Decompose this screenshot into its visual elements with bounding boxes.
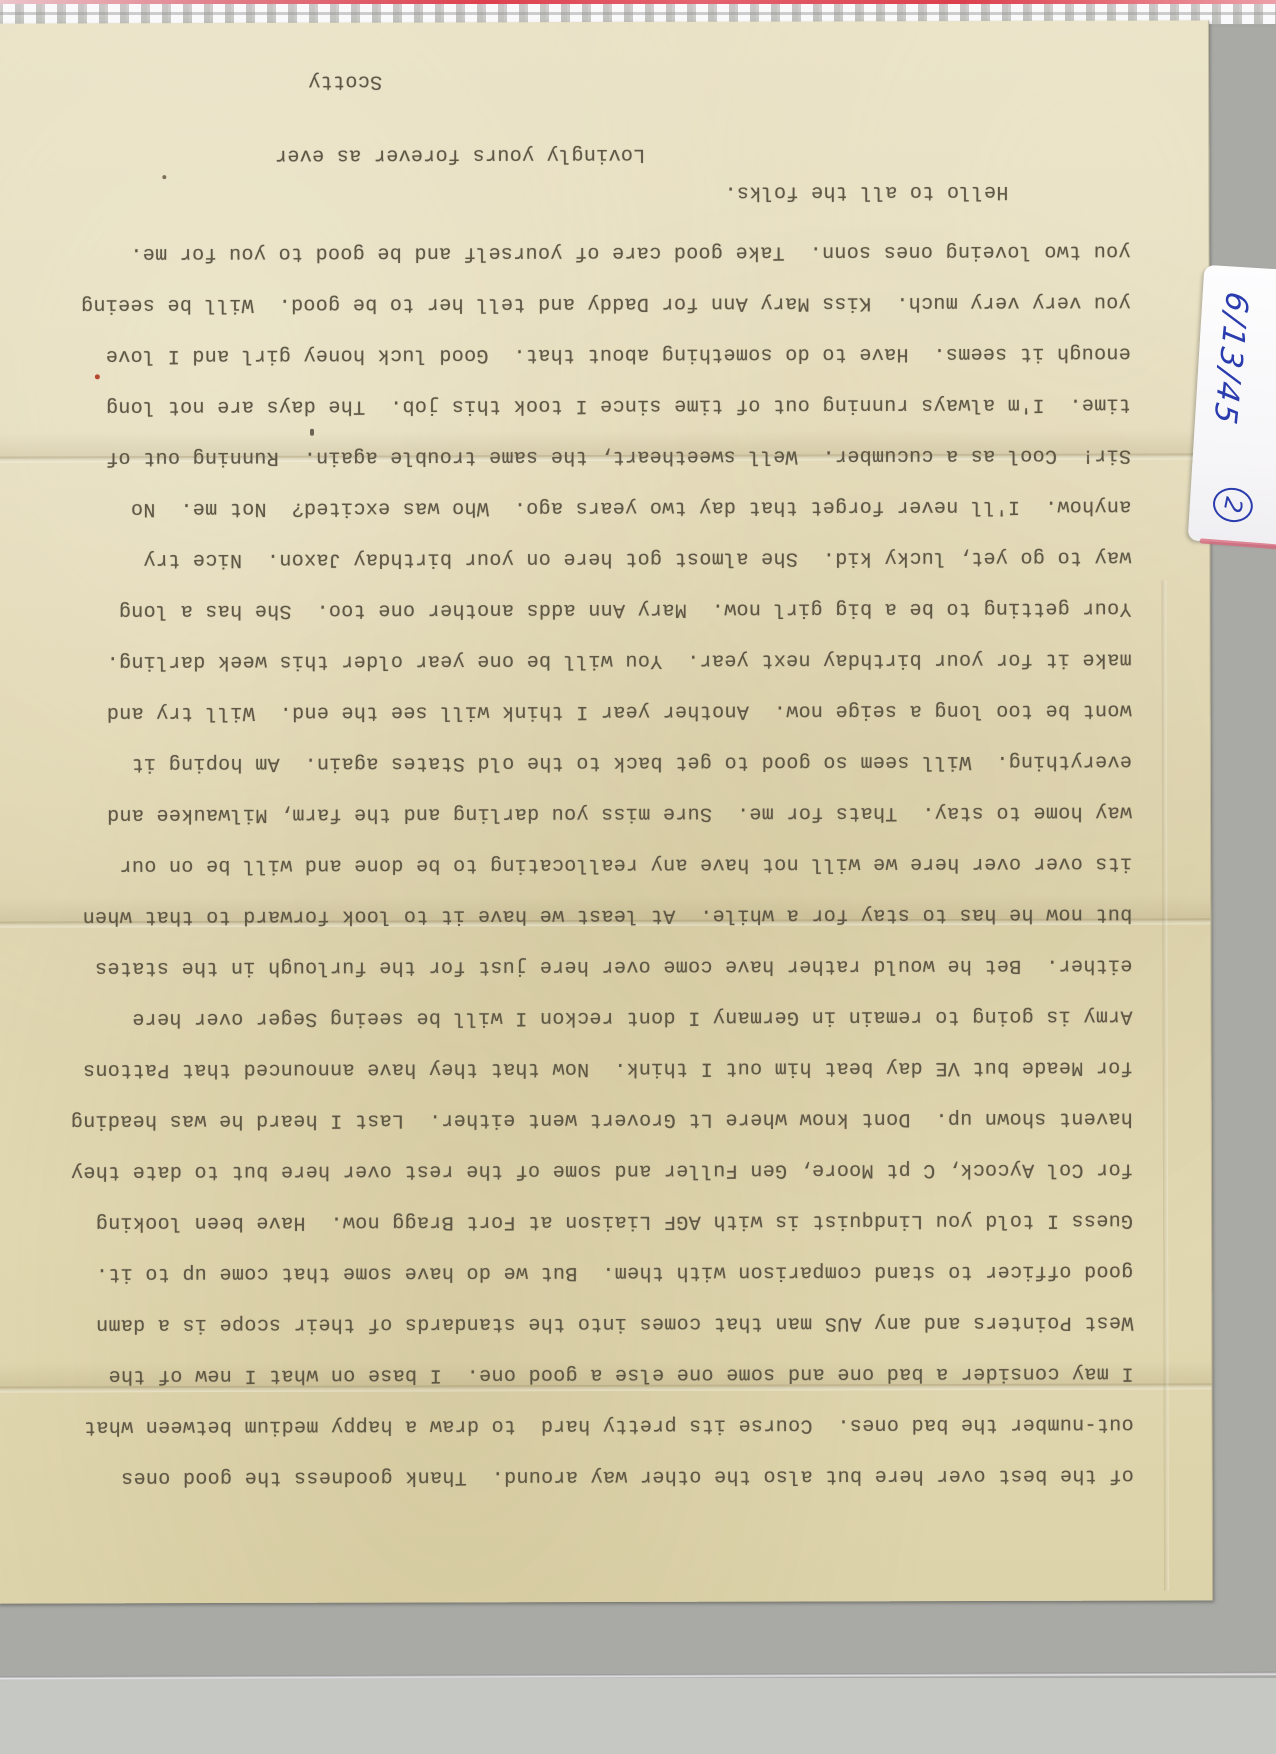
letter-hello-line: Hello to all the folks. (56, 166, 1130, 220)
archival-label: 6/13/45 2 (1188, 265, 1276, 547)
letter-line: time. I'm always running out of time sin… (57, 379, 1131, 433)
scanned-letter-page: { "letter": { "body_lines": [ "of the be… (0, 0, 1276, 1754)
letter-line: anyhow. I'll never forget that day two y… (57, 481, 1131, 535)
letter-line: for Col Aycock, C pt Moore, Gen Fuller a… (59, 1144, 1133, 1198)
letter-line: Army is going to remain in Germany I don… (58, 991, 1132, 1045)
letter-line: but now he has to stay for a while. At l… (58, 889, 1132, 943)
scanner-background-lower (0, 1678, 1276, 1754)
letter-line: everything. Will seem so good to get bac… (58, 736, 1132, 790)
letter-line: Sir! Cool as a cucumber. Well sweetheart… (57, 430, 1131, 484)
label-date-handwriting: 6/13/45 (1206, 289, 1254, 429)
letter-line: enough it seems. Have to do something ab… (57, 328, 1131, 382)
label-page-number-circled: 2 (1210, 484, 1256, 525)
letter-line: West Pointers and any AUS man that comes… (59, 1297, 1133, 1351)
letter-line: you two loveing ones sonn. Take good car… (56, 226, 1130, 280)
letter-line: its over over here we will not have any … (58, 838, 1132, 892)
letter-line: Your getting to be a big girl now. Mary … (57, 583, 1131, 637)
letter-line: I may consider a bad one and some one el… (59, 1348, 1133, 1402)
letter-text-block: of the best over here but also the other… (0, 20, 1212, 1603)
letter-line: good officer to stand comparison with th… (59, 1246, 1133, 1300)
binding-bumps-shade (0, 12, 1276, 15)
letter-line: make it for your birthday next year. You… (58, 634, 1132, 688)
letter-line: out-number the bad ones. Course its pret… (60, 1399, 1134, 1453)
letter-paper: of the best over here but also the other… (0, 20, 1213, 1603)
letter-line: havent shown up. Dont know where Lt Grov… (59, 1093, 1133, 1147)
letter-line: wont be too long a seige now. Another ye… (58, 685, 1132, 739)
letter-line: you very very much. Kiss Mary Ann for Da… (57, 277, 1131, 331)
letter-line: either. Bet he would rather have come ov… (58, 940, 1132, 994)
letter-line: way home to stay. Thats for me. Sure mis… (58, 787, 1132, 841)
letter-closing: Lovingly yours forever as ever (56, 140, 1130, 169)
letter-line: Guess I told you Lindquist is with AGF L… (59, 1195, 1133, 1249)
letter-signature: Scotty (56, 66, 1130, 95)
label-pink-edge (1199, 538, 1276, 549)
letter-line: for Meade but VE day beat him out I thin… (59, 1042, 1133, 1096)
letter-line: of the best over here but also the other… (60, 1450, 1134, 1504)
letter-line: way to go yet, lucky kid. She almost got… (57, 532, 1131, 586)
